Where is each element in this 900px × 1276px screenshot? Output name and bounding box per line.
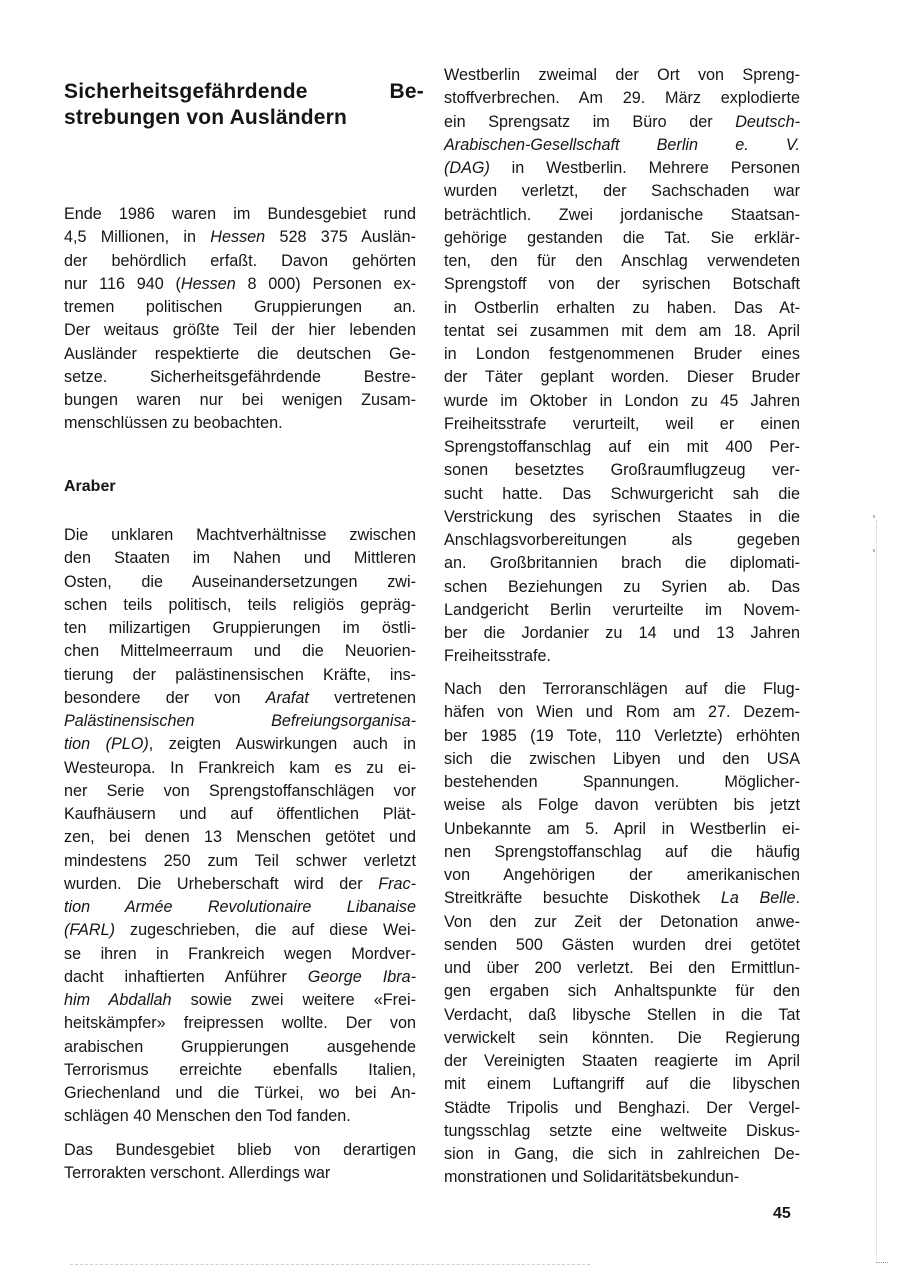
text-line: schlägen 40 Menschen den Tod fanden.	[64, 1105, 416, 1128]
text-line: Das Bundesgebiet blieb von derartigen	[64, 1139, 416, 1162]
text-line: Kaufhäusern und auf öffentlichen Plät-	[64, 803, 416, 826]
text-line: Städte Tripolis und Benghazi. Der Vergel…	[444, 1097, 800, 1120]
text-line: heitskämpfer» freipressen wollte. Der vo…	[64, 1012, 416, 1035]
text-line: (DAG) in Westberlin. Mehrere Personen	[444, 157, 800, 180]
text-line: tion (PLO), zeigten Auswirkungen auch in	[64, 733, 416, 756]
text-line: schen Beziehungen zu Syrien ab. Das	[444, 576, 800, 599]
text-line: Freiheitsstrafe.	[444, 645, 800, 668]
text-line: ner Serie von Sprengstoffanschlägen vor	[64, 780, 416, 803]
text-line: dacht inhaftierten Anführer George Ibra-	[64, 966, 416, 989]
text-line: ten milizartigen Gruppierungen im östli-	[64, 617, 416, 640]
text-line: sucht hatte. Das Schwurgericht sah die	[444, 483, 800, 506]
text-line: Anschlagsvorbereitungen als gegeben	[444, 529, 800, 552]
page-number: 45	[773, 1205, 791, 1223]
text-line: verwickelt sein könnten. Die Regierung	[444, 1027, 800, 1050]
text-line: Ausländer respektierte die deutschen Ge-	[64, 343, 416, 366]
text-line: Unbekannte am 5. April in Westberlin ei-	[444, 818, 800, 841]
text-line: Terrorakten verschont. Allerdings war	[64, 1162, 416, 1185]
text-line: Der weitaus größte Teil der hier lebende…	[64, 319, 416, 342]
text-line: Palästinensischen Befreiungsorganisa-	[64, 710, 416, 733]
text-line: Ende 1986 waren im Bundesgebiet rund	[64, 203, 416, 226]
text-line: zen, bei denen 13 Menschen getötet und	[64, 826, 416, 849]
text-line: besondere der von Arafat vertretenen	[64, 687, 416, 710]
westberlin-paragraph: Westberlin zweimal der Ort von Spreng-st…	[444, 64, 800, 669]
text-line: ber die Jordanier zu 14 und 13 Jahren	[444, 622, 800, 645]
text-line: sonen besetztes Großraumflugzeug ver-	[444, 459, 800, 482]
text-line: (FARL) zugeschrieben, die auf diese Wei-	[64, 919, 416, 942]
text-line: chen Mittelmeerraum und die Neuorien-	[64, 640, 416, 663]
text-line: Sprengstoff von der syrischen Botschaft	[444, 273, 800, 296]
text-line: Osten, die Auseinandersetzungen zwi-	[64, 571, 416, 594]
text-line: tremen politischen Gruppierungen an.	[64, 296, 416, 319]
text-line: Nach den Terroranschlägen auf die Flug-	[444, 678, 800, 701]
title-line: strebungen von Ausländern	[64, 105, 424, 131]
text-line: der Täter geplant worden. Dieser Bruder	[444, 366, 800, 389]
text-line: weise als Folge davon verübten bis jetzt	[444, 794, 800, 817]
text-line: monstrationen und Solidaritätsbekundun-	[444, 1166, 800, 1189]
text-line: Streitkräfte besuchte Diskothek La Belle…	[444, 887, 800, 910]
text-line: Verstrickung des syrischen Staates in di…	[444, 506, 800, 529]
bundesgebiet-paragraph: Das Bundesgebiet blieb von derartigenTer…	[64, 1139, 416, 1186]
text-line: der Vereinigten Staaten reagierte im Apr…	[444, 1050, 800, 1073]
text-line: se ihren in Frankreich wegen Mordver-	[64, 943, 416, 966]
text-line: sich die zwischen Libyen und den USA	[444, 748, 800, 771]
arab-paragraph: Die unklaren Machtverhältnisse zwischend…	[64, 524, 416, 1129]
text-line: beträchtlich. Zwei jordanische Staatsan-	[444, 204, 800, 227]
text-line: stoffverbrechen. Am 29. März explodierte	[444, 87, 800, 110]
text-line: Die unklaren Machtverhältnisse zwischen	[64, 524, 416, 547]
text-line: wurden. Die Urheberschaft wird der Frac-	[64, 873, 416, 896]
text-line: 4,5 Millionen, in Hessen 528 375 Auslän-	[64, 226, 416, 249]
text-line: an. Großbritannien brach die diplomati-	[444, 552, 800, 575]
text-line: mit einem Luftangriff auf die libyschen	[444, 1073, 800, 1096]
text-line: gehörige gestanden die Tat. Sie erklär-	[444, 227, 800, 250]
text-line: und über 200 verletzt. Bei den Ermittlun…	[444, 957, 800, 980]
text-line: senden 500 Gästen wurden drei getötet	[444, 934, 800, 957]
text-line: nen Sprengstoffanschlag auf die häufig	[444, 841, 800, 864]
text-line: mindestens 250 zum Teil schwer verletzt	[64, 850, 416, 873]
title-line: Sicherheitsgefährdende Be-	[64, 79, 424, 105]
text-line: Arabischen-Gesellschaft Berlin e. V.	[444, 134, 800, 157]
text-line: Verdacht, daß libysche Stellen in die Ta…	[444, 1004, 800, 1027]
scan-dot-artifact	[873, 515, 875, 518]
text-line: Terrorismus erreichte ebenfalls Italien,	[64, 1059, 416, 1082]
text-line: tentat sei zusammen mit dem am 18. April	[444, 320, 800, 343]
scan-edge-artifact	[876, 520, 877, 1260]
text-line: Von den zur Zeit der Detonation anwe-	[444, 911, 800, 934]
text-line: nur 116 940 (Hessen 8 000) Personen ex-	[64, 273, 416, 296]
libya-paragraph: Nach den Terroranschlägen auf die Flug-h…	[444, 678, 800, 1190]
section-heading-araber: Araber	[64, 478, 116, 496]
text-line: Sprengstoffanschlag auf ein mit 400 Per-	[444, 436, 800, 459]
text-line: ten, den für den Anschlag verwendeten	[444, 250, 800, 273]
text-line: von Angehörigen der amerikanischen	[444, 864, 800, 887]
text-line: him Abdallah sowie zwei weitere «Frei-	[64, 989, 416, 1012]
text-line: Landgericht Berlin verurteilte im Novem-	[444, 599, 800, 622]
text-line: menschlüssen zu beobachten.	[64, 412, 416, 435]
text-line: den Staaten im Nahen und Mittleren	[64, 547, 416, 570]
text-line: in Ostberlin erhalten zu haben. Das At-	[444, 297, 800, 320]
text-line: gen ergaben sich Anhaltspunkte für den	[444, 980, 800, 1003]
text-line: tion Armée Revolutionaire Libanaise	[64, 896, 416, 919]
text-line: in London festgenommenen Bruder eines	[444, 343, 800, 366]
text-line: setze. Sicherheitsgefährdende Bestre-	[64, 366, 416, 389]
text-line: tierung der palästinensischen Kräfte, in…	[64, 664, 416, 687]
text-line: schen teils politisch, teils religiös ge…	[64, 594, 416, 617]
text-line: ein Sprengsatz im Büro der Deutsch-	[444, 111, 800, 134]
text-line: Westeuropa. In Frankreich kam es zu ei-	[64, 757, 416, 780]
text-line: sion in Gang, die sich in zahlreichen De…	[444, 1143, 800, 1166]
text-line: tungsschlag setzte eine weltweite Diskus…	[444, 1120, 800, 1143]
text-line: Westberlin zweimal der Ort von Spreng-	[444, 64, 800, 87]
page-title: Sicherheitsgefährdende Be- strebungen vo…	[64, 79, 424, 131]
scan-dot-artifact	[873, 549, 875, 552]
text-line: Griechenland und die Türkei, wo bei An-	[64, 1082, 416, 1105]
text-line: Freiheitsstrafe verurteilt, weil er eine…	[444, 413, 800, 436]
text-line: bungen waren nur bei wenigen Zusam-	[64, 389, 416, 412]
intro-paragraph: Ende 1986 waren im Bundesgebiet rund4,5 …	[64, 203, 416, 436]
text-line: bestehenden Spannungen. Möglicher-	[444, 771, 800, 794]
scan-edge-artifact	[70, 1264, 590, 1265]
scan-edge-artifact	[876, 1262, 888, 1263]
text-line: wurde im Oktober in London zu 45 Jahren	[444, 390, 800, 413]
text-line: häfen von Wien und Rom am 27. Dezem-	[444, 701, 800, 724]
text-line: ber 1985 (19 Tote, 110 Verletzte) erhöht…	[444, 725, 800, 748]
text-line: der behördlich erfaßt. Davon gehörten	[64, 250, 416, 273]
text-line: arabischen Gruppierungen ausgehende	[64, 1036, 416, 1059]
text-line: wurden verletzt, der Sachschaden war	[444, 180, 800, 203]
